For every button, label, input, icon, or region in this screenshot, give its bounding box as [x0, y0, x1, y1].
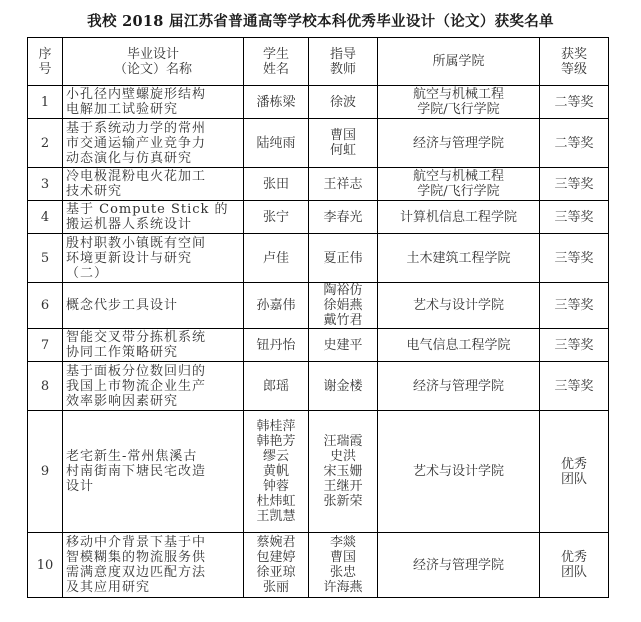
award-level: 三等奖	[540, 234, 609, 283]
student-name: 卢佳	[244, 234, 309, 283]
award-level: 三等奖	[540, 362, 609, 411]
table-row: 1小孔径内壁螺旋形结构 电解加工试验研究潘栋梁徐波航空与机械工程 学院/飞行学院…	[28, 86, 609, 119]
document-title: 我校 2018 届江苏省普通高等学校本科优秀毕业设计（论文）获奖名单	[0, 10, 641, 31]
advisor-name: 夏正伟	[309, 234, 378, 283]
header-title: 毕业设计 （论文）名称	[63, 38, 244, 86]
advisor-name: 徐波	[309, 86, 378, 119]
award-level: 三等奖	[540, 283, 609, 329]
row-number: 1	[28, 86, 63, 119]
table-row: 10移动中介背景下基于中 智模糊集的物流服务供 需满意度双边匹配方法 及其应用研…	[28, 533, 609, 598]
thesis-title: 冷电极混粉电火花加工 技术研究	[63, 168, 244, 201]
student-name: 钮丹怡	[244, 329, 309, 362]
row-number: 8	[28, 362, 63, 411]
row-number: 3	[28, 168, 63, 201]
table-row: 9老宅新生-常州焦溪古 村南街南下塘民宅改造 设计韩桂萍 韩艳芳 缪云 黄帆 钟…	[28, 411, 609, 533]
thesis-title: 基于面板分位数回归的 我国上市物流企业生产 效率影响因素研究	[63, 362, 244, 411]
row-number: 4	[28, 201, 63, 234]
advisor-name: 汪瑞霞 史洪 宋玉姗 王继开 张新荣	[309, 411, 378, 533]
college-name: 经济与管理学院	[378, 533, 540, 598]
header-college: 所属学院	[378, 38, 540, 86]
header-no: 序 号	[28, 38, 63, 86]
table-row: 5殷村职教小镇既有空间 环境更新设计与研究 （二）卢佳夏正伟土木建筑工程学院三等…	[28, 234, 609, 283]
college-name: 航空与机械工程 学院/飞行学院	[378, 168, 540, 201]
award-table: 序 号 毕业设计 （论文）名称 学生 姓名 指导 教师 所属学院 获奖 等级 1…	[27, 37, 609, 598]
header-advisor: 指导 教师	[309, 38, 378, 86]
award-level: 二等奖	[540, 86, 609, 119]
row-number: 6	[28, 283, 63, 329]
thesis-title: 基于 Compute Stick 的 搬运机器人系统设计	[63, 201, 244, 234]
table-row: 8基于面板分位数回归的 我国上市物流企业生产 效率影响因素研究郎瑶谢金楼经济与管…	[28, 362, 609, 411]
college-name: 土木建筑工程学院	[378, 234, 540, 283]
row-number: 10	[28, 533, 63, 598]
award-level: 优秀 团队	[540, 533, 609, 598]
thesis-title: 移动中介背景下基于中 智模糊集的物流服务供 需满意度双边匹配方法 及其应用研究	[63, 533, 244, 598]
advisor-name: 史建平	[309, 329, 378, 362]
student-name: 潘栋梁	[244, 86, 309, 119]
thesis-title: 老宅新生-常州焦溪古 村南街南下塘民宅改造 设计	[63, 411, 244, 533]
award-level: 三等奖	[540, 201, 609, 234]
student-name: 张宁	[244, 201, 309, 234]
table-row: 2基于系统动力学的常州 市交通运输产业竞争力 动态演化与仿真研究陆纯雨曹国 何虹…	[28, 119, 609, 168]
college-name: 艺术与设计学院	[378, 411, 540, 533]
row-number: 2	[28, 119, 63, 168]
college-name: 航空与机械工程 学院/飞行学院	[378, 86, 540, 119]
header-row: 序 号 毕业设计 （论文）名称 学生 姓名 指导 教师 所属学院 获奖 等级	[28, 38, 609, 86]
student-name: 陆纯雨	[244, 119, 309, 168]
row-number: 5	[28, 234, 63, 283]
student-name: 郎瑶	[244, 362, 309, 411]
advisor-name: 曹国 何虹	[309, 119, 378, 168]
advisor-name: 王祥志	[309, 168, 378, 201]
table-row: 6概念代步工具设计孙嘉伟陶裕仿 徐娟燕 戴竹君艺术与设计学院三等奖	[28, 283, 609, 329]
row-number: 9	[28, 411, 63, 533]
advisor-name: 谢金楼	[309, 362, 378, 411]
student-name: 孙嘉伟	[244, 283, 309, 329]
student-name: 蔡婉君 包建婷 徐亚琼 张丽	[244, 533, 309, 598]
college-name: 电气信息工程学院	[378, 329, 540, 362]
thesis-title: 概念代步工具设计	[63, 283, 244, 329]
college-name: 经济与管理学院	[378, 119, 540, 168]
college-name: 经济与管理学院	[378, 362, 540, 411]
student-name: 韩桂萍 韩艳芳 缪云 黄帆 钟蓉 杜炜虹 王凯慧	[244, 411, 309, 533]
award-level: 优秀 团队	[540, 411, 609, 533]
thesis-title: 殷村职教小镇既有空间 环境更新设计与研究 （二）	[63, 234, 244, 283]
advisor-name: 李燚 曹国 张忠 许海燕	[309, 533, 378, 598]
thesis-title: 基于系统动力学的常州 市交通运输产业竞争力 动态演化与仿真研究	[63, 119, 244, 168]
row-number: 7	[28, 329, 63, 362]
table-row: 7智能交叉带分拣机系统 协同工作策略研究钮丹怡史建平电气信息工程学院三等奖	[28, 329, 609, 362]
table-row: 4基于 Compute Stick 的 搬运机器人系统设计张宁李春光计算机信息工…	[28, 201, 609, 234]
thesis-title: 智能交叉带分拣机系统 协同工作策略研究	[63, 329, 244, 362]
advisor-name: 李春光	[309, 201, 378, 234]
college-name: 计算机信息工程学院	[378, 201, 540, 234]
award-level: 二等奖	[540, 119, 609, 168]
award-level: 三等奖	[540, 168, 609, 201]
thesis-title: 小孔径内壁螺旋形结构 电解加工试验研究	[63, 86, 244, 119]
advisor-name: 陶裕仿 徐娟燕 戴竹君	[309, 283, 378, 329]
college-name: 艺术与设计学院	[378, 283, 540, 329]
header-student: 学生 姓名	[244, 38, 309, 86]
table-row: 3冷电极混粉电火花加工 技术研究张田王祥志航空与机械工程 学院/飞行学院三等奖	[28, 168, 609, 201]
header-award: 获奖 等级	[540, 38, 609, 86]
student-name: 张田	[244, 168, 309, 201]
award-level: 三等奖	[540, 329, 609, 362]
